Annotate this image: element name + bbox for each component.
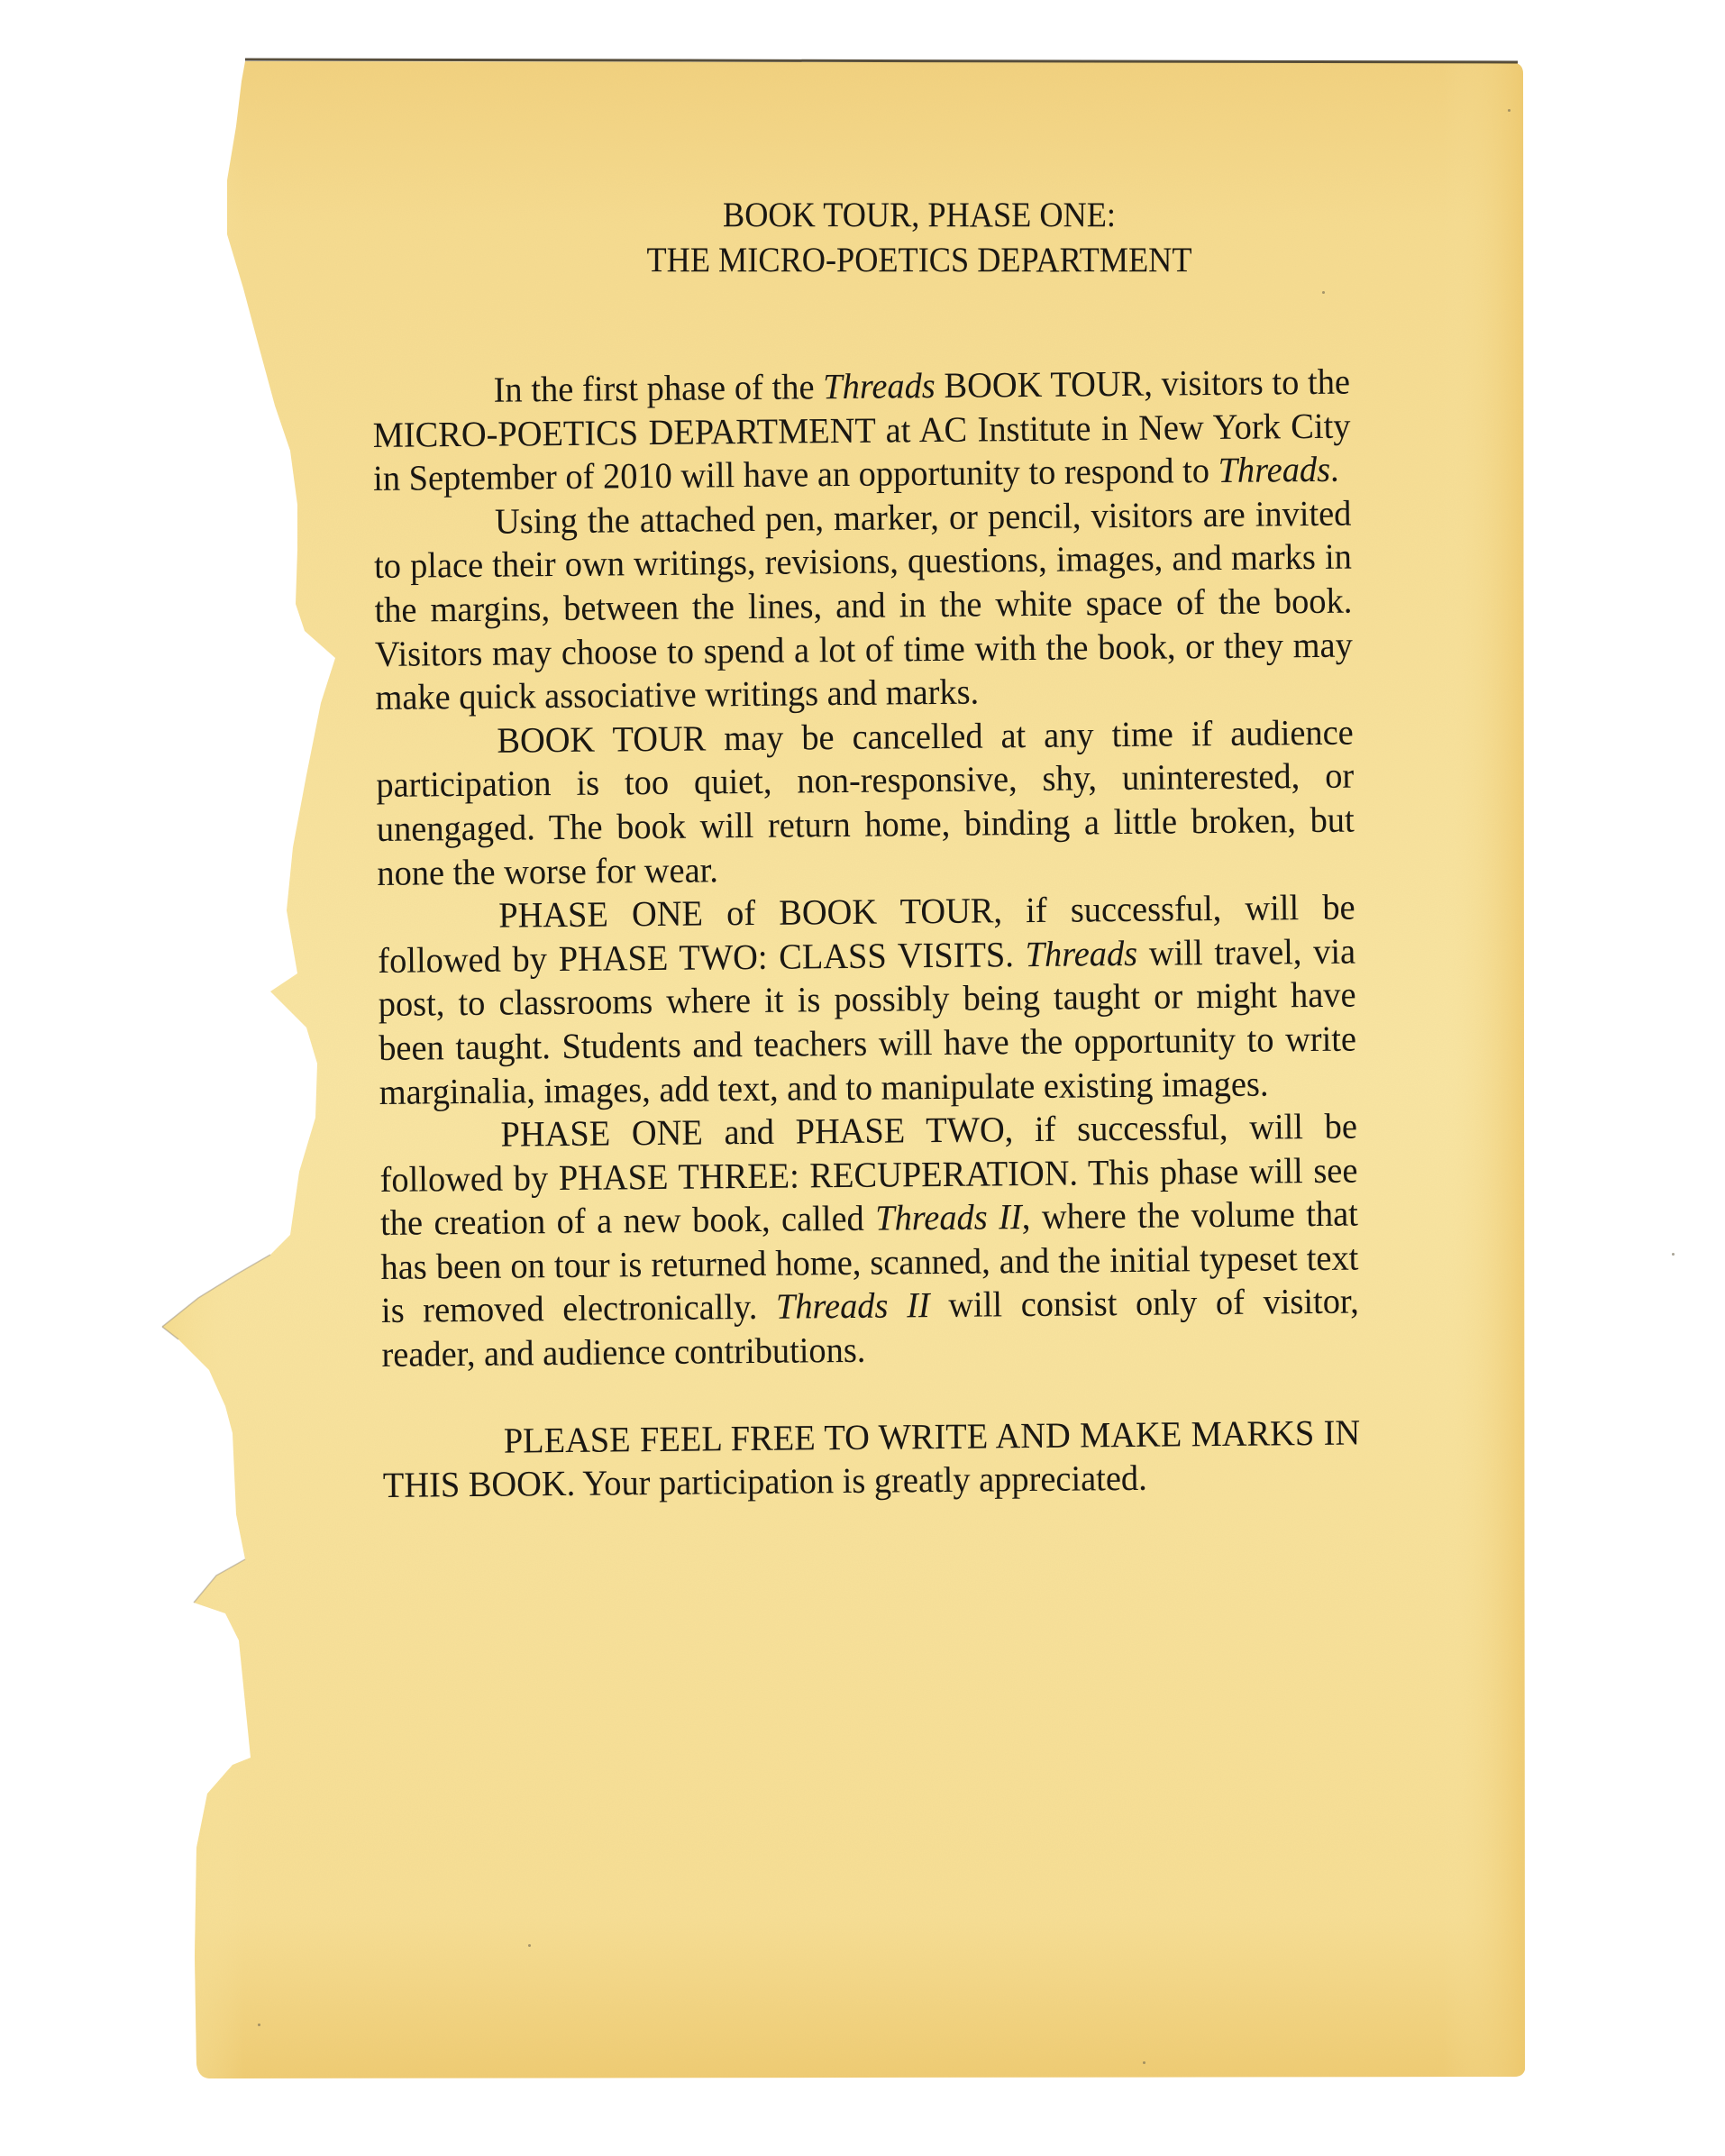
paragraph-4: PHASE ONE of BOOK TOUR, if successful, w…	[378, 886, 1357, 1114]
document-body: In the first phase of the Threads BOOK T…	[372, 361, 1361, 1508]
italic-title-text: Threads	[1025, 933, 1137, 974]
paragraph-text: Using the attached pen, marker, or penci…	[374, 492, 1353, 717]
paragraph-5: PHASE ONE and PHASE TWO, if successful, …	[379, 1105, 1360, 1377]
paragraph-text: .	[1330, 449, 1339, 489]
paragraph-3: BOOK TOUR may be cancelled at any time i…	[376, 710, 1355, 895]
title-line-2: THE MICRO-POETICS DEPARTMENT	[567, 238, 1271, 283]
paragraph-text: BOOK TOUR may be cancelled at any time i…	[376, 711, 1355, 892]
paragraph-1: In the first phase of the Threads BOOK T…	[372, 361, 1351, 501]
title-line-1: BOOK TOUR, PHASE ONE:	[567, 193, 1271, 238]
document-page: BOOK TOUR, PHASE ONE: THE MICRO-POETICS …	[0, 0, 1725, 2156]
paragraph-text: In the first phase of the	[493, 366, 823, 410]
document-title: BOOK TOUR, PHASE ONE: THE MICRO-POETICS …	[567, 193, 1271, 283]
paragraph-text: PLEASE FEEL FREE TO WRITE AND MAKE MARKS…	[383, 1411, 1361, 1505]
paragraph-2: Using the attached pen, marker, or penci…	[373, 491, 1353, 719]
italic-title-text: Threads	[1218, 449, 1330, 490]
italic-title-text: Threads II	[875, 1196, 1022, 1238]
italic-title-text: Threads	[823, 365, 936, 407]
paragraph-6: PLEASE FEEL FREE TO WRITE AND MAKE MARKS…	[382, 1411, 1361, 1508]
italic-title-text: Threads II	[776, 1285, 930, 1328]
